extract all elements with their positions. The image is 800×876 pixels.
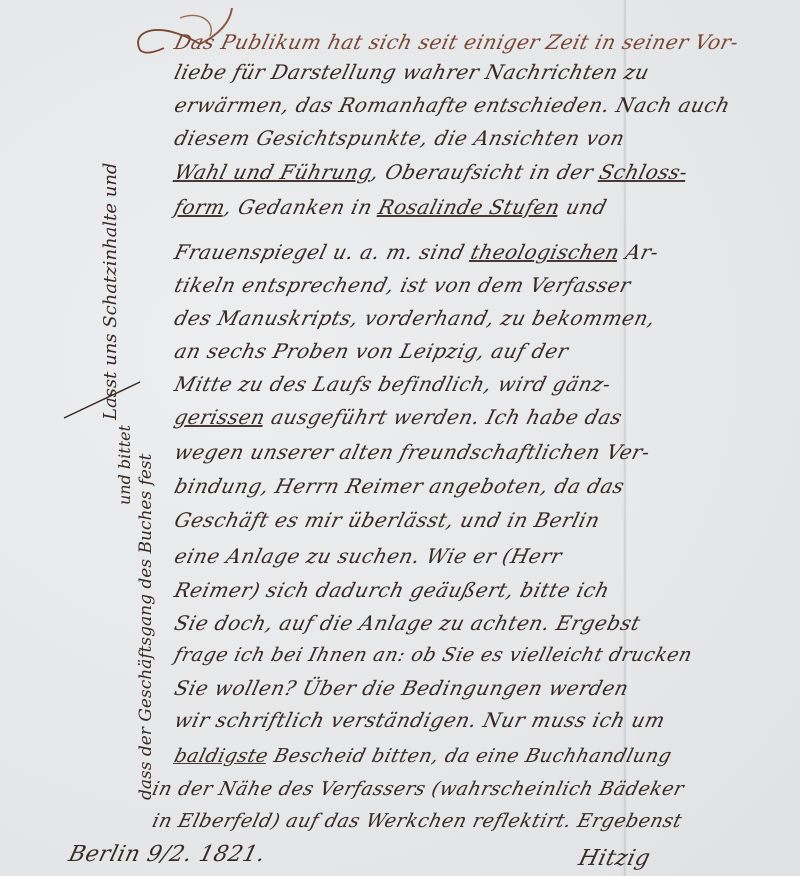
underlined-phrase: Schloss- — [597, 160, 690, 184]
signature: Hitzig — [576, 846, 653, 871]
letter-line: frage ich bei Ihnen an: ob Sie es vielle… — [172, 644, 695, 666]
letter-line: erwärmen, das Romanhafte entschieden. Na… — [172, 93, 733, 117]
margin-note: und bittet — [115, 425, 134, 505]
underlined-phrase: theologischen — [468, 240, 622, 264]
letter-line: Reimer) sich dadurch geäußert, bitte ich — [172, 578, 612, 602]
letter-line: des Manuskripts, vorderhand, zu bekommen… — [172, 306, 658, 330]
letter-line: form, Gedanken in Rosalinde Stufen und — [172, 195, 610, 219]
letter-line: in Elberfeld) auf das Werkchen reflektir… — [150, 810, 684, 832]
letter-line: bindung, Herrn Reimer angeboten, da das — [172, 474, 627, 498]
letter-line: wir schriftlich verständigen. Nur muss i… — [172, 708, 668, 732]
underlined-phrase: form — [172, 195, 228, 219]
underlined-phrase: Rosalinde Stufen — [376, 195, 563, 219]
letter-line: baldigste Bescheid bitten, da eine Buchh… — [172, 745, 674, 767]
letter-line: Sie wollen? Über die Bedingungen werden — [172, 676, 631, 700]
letter-line: tikeln entsprechend, ist von dem Verfass… — [172, 273, 633, 297]
letter-line: Das Publikum hat sich seit einiger Zeit … — [172, 30, 741, 54]
letter-line: diesem Gesichtspunkte, die Ansichten von — [172, 126, 627, 150]
letter-paper: Das Publikum hat sich seit einiger Zeit … — [0, 0, 800, 876]
letter-line: Mitte zu des Laufs befindlich, wird gänz… — [172, 372, 614, 396]
letter-line: an sechs Proben von Leipzig, auf der — [172, 339, 571, 363]
letter-line: liebe für Darstellung wahrer Nachrichten… — [172, 60, 652, 84]
letter-line: Geschäft es mir überlässt, und in Berlin — [172, 508, 603, 532]
underlined-phrase: baldigste — [172, 745, 271, 767]
letter-line: gerissen ausgeführt werden. Ich habe das — [172, 405, 625, 429]
letter-line: Frauenspiegel u. a. m. sind theologische… — [172, 240, 661, 264]
letter-line: in der Nähe des Verfassers (wahrscheinli… — [150, 778, 686, 800]
letter-line: eine Anlage zu suchen. Wie er (Herr — [172, 544, 565, 568]
underlined-phrase: Wahl und Führung — [172, 160, 375, 184]
letter-line: wegen unserer alten freundschaftlichen V… — [172, 440, 653, 464]
dateline: Berlin 9/2. 1821. — [66, 842, 268, 867]
letter-line: Sie doch, auf die Anlage zu achten. Erge… — [172, 611, 643, 635]
underlined-phrase: gerissen — [172, 405, 268, 429]
letter-line: Wahl und Führung, Oberaufsicht in der Sc… — [172, 160, 690, 184]
margin-note: Lasst uns Schatzinhalte und — [100, 163, 121, 420]
margin-note: dass der Geschäftsgang des Buches fest — [136, 454, 156, 801]
